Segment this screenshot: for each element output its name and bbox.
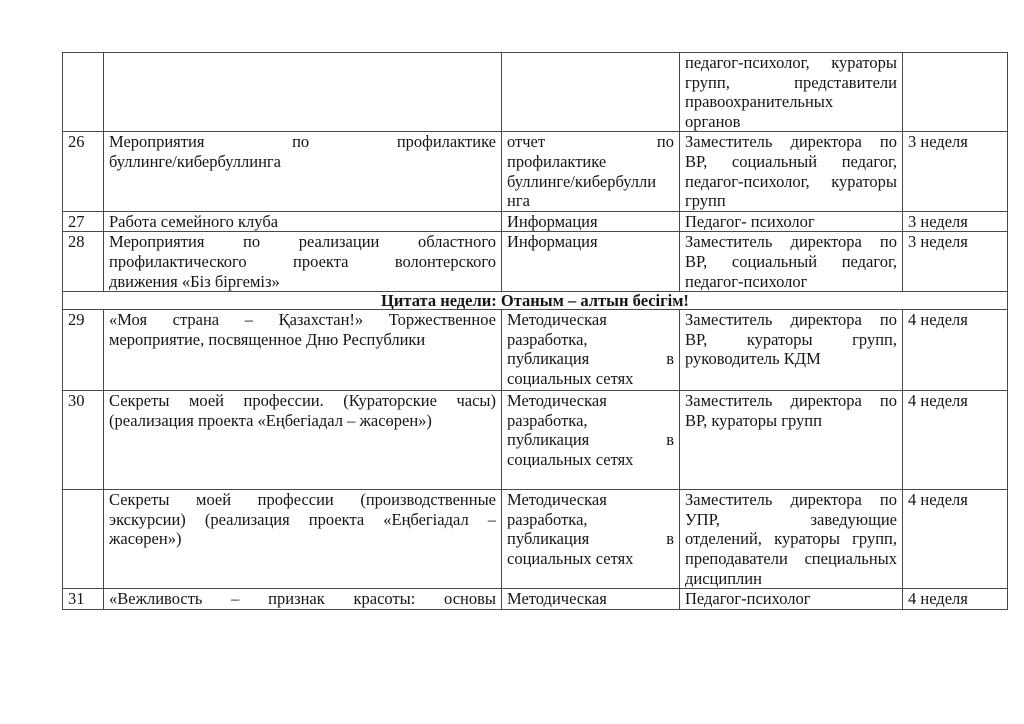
responsible-line: Педагог- психолог <box>685 212 897 232</box>
responsible-line: преподаватели специальных <box>685 549 897 569</box>
table-row: 31 «Вежливость – признак красоты: основы… <box>63 589 1008 610</box>
event-line: Секреты моей профессии. (Кураторские час… <box>109 391 496 411</box>
table-row: 30 Секреты моей профессии. (Кураторские … <box>63 391 1008 490</box>
form-line: социальных сетях <box>507 450 674 470</box>
row-number: 28 <box>63 232 104 292</box>
responsible-cell: Заместитель директора по ВР, кураторы гр… <box>680 310 903 391</box>
responsible-line: групп <box>685 191 897 211</box>
deadline-cell: 3 неделя <box>903 211 1008 232</box>
event-line: экскурсии) (реализация проекта «Еңбегіад… <box>109 510 496 530</box>
table-row: 26 Мероприятия по профилактике буллинге/… <box>63 132 1008 211</box>
deadline-cell: 4 неделя <box>903 310 1008 391</box>
form-line: Методическая <box>507 490 674 510</box>
responsible-line: Заместитель директора по <box>685 490 897 510</box>
form-line: социальных сетях <box>507 549 674 569</box>
responsible-cell: педагог-психолог, кураторы групп, предст… <box>680 53 903 132</box>
responsible-line: групп, представители <box>685 73 897 93</box>
deadline-cell: 4 неделя <box>903 589 1008 610</box>
form-line: публикация в <box>507 529 674 549</box>
form-line: Методическая <box>507 310 674 330</box>
event-cell: Работа семейного клуба <box>104 211 502 232</box>
event-line: «Вежливость – признак красоты: основы <box>109 589 496 609</box>
row-number: 26 <box>63 132 104 211</box>
event-line: профилактического проекта волонтерского <box>109 252 496 272</box>
row-number: 27 <box>63 211 104 232</box>
responsible-line: отделений, кураторы групп, <box>685 529 897 549</box>
responsible-line: правоохранительных <box>685 92 897 112</box>
event-line: жасөрен») <box>109 529 496 549</box>
form-line: Информация <box>507 212 674 232</box>
responsible-line: ВР, кураторы групп <box>685 411 897 431</box>
responsible-line: педагог-психолог <box>685 272 897 292</box>
form-line: профилактике <box>507 152 674 172</box>
quote-of-the-week-heading: Цитата недели: Отаным – алтын бесігім! <box>63 292 1008 310</box>
form-line: публикация в <box>507 349 674 369</box>
responsible-line: ВР, социальный педагог, <box>685 152 897 172</box>
form-line: Информация <box>507 232 674 252</box>
table-row: 29 «Моя страна – Қазахстан!» Торжественн… <box>63 310 1008 391</box>
row-number: 30 <box>63 391 104 490</box>
responsible-line: дисциплин <box>685 569 897 589</box>
responsible-line: УПР, заведующие <box>685 510 897 530</box>
form-line: Методическая <box>507 391 674 411</box>
row-number <box>63 53 104 132</box>
deadline-cell: 3 неделя <box>903 232 1008 292</box>
event-line: (реализация проекта «Еңбегіадал – жасөре… <box>109 411 496 431</box>
form-line: разработка, <box>507 330 674 350</box>
event-cell: Мероприятия по профилактике буллинге/киб… <box>104 132 502 211</box>
form-cell: отчет по профилактике буллинге/кибербулл… <box>502 132 680 211</box>
responsible-cell: Педагог-психолог <box>680 589 903 610</box>
event-cell: «Вежливость – признак красоты: основы <box>104 589 502 610</box>
form-line: социальных сетях <box>507 369 674 389</box>
deadline-cell: 4 неделя <box>903 490 1008 589</box>
form-cell: Информация <box>502 211 680 232</box>
event-line: буллинге/кибербуллинга <box>109 152 496 172</box>
document-page: педагог-психолог, кураторы групп, предст… <box>0 0 1024 724</box>
form-line: отчет по <box>507 132 674 152</box>
responsible-line: педагог-психолог, кураторы <box>685 53 897 73</box>
responsible-cell: Заместитель директора по ВР, кураторы гр… <box>680 391 903 490</box>
form-line: разработка, <box>507 411 674 431</box>
event-cell: Секреты моей профессии. (Кураторские час… <box>104 391 502 490</box>
event-line: движения «Біз біргеміз» <box>109 272 496 292</box>
form-cell: Методическая разработка, публикация в со… <box>502 310 680 391</box>
form-cell: Информация <box>502 232 680 292</box>
form-line: нга <box>507 191 674 211</box>
responsible-line: педагог-психолог, кураторы <box>685 172 897 192</box>
event-cell <box>104 53 502 132</box>
event-line: Работа семейного клуба <box>109 212 496 232</box>
row-number <box>63 490 104 589</box>
responsible-cell: Заместитель директора по ВР, социальный … <box>680 132 903 211</box>
form-cell <box>502 53 680 132</box>
form-line: разработка, <box>507 510 674 530</box>
section-heading-row: Цитата недели: Отаным – алтын бесігім! <box>63 292 1008 310</box>
event-line: «Моя страна – Қазахстан!» Торжественное <box>109 310 496 330</box>
form-line: публикация в <box>507 430 674 450</box>
deadline-cell: 4 неделя <box>903 391 1008 490</box>
responsible-line: Заместитель директора по <box>685 310 897 330</box>
row-number: 31 <box>63 589 104 610</box>
event-line: Секреты моей профессии (производственные <box>109 490 496 510</box>
event-line: мероприятие, посвященное Дню Республики <box>109 330 496 350</box>
row-number: 29 <box>63 310 104 391</box>
deadline-cell <box>903 53 1008 132</box>
events-plan-table: педагог-психолог, кураторы групп, предст… <box>62 52 1008 610</box>
responsible-line: Педагог-психолог <box>685 589 897 609</box>
event-line: Мероприятия по реализации областного <box>109 232 496 252</box>
form-cell: Методическая <box>502 589 680 610</box>
table-row: педагог-психолог, кураторы групп, предст… <box>63 53 1008 132</box>
table-row: 28 Мероприятия по реализации областного … <box>63 232 1008 292</box>
responsible-line: органов <box>685 112 897 132</box>
table-row: Секреты моей профессии (производственные… <box>63 490 1008 589</box>
form-line: Методическая <box>507 589 674 609</box>
event-cell: Мероприятия по реализации областного про… <box>104 232 502 292</box>
deadline-cell: 3 неделя <box>903 132 1008 211</box>
event-line: Мероприятия по профилактике <box>109 132 496 152</box>
responsible-line: ВР, социальный педагог, <box>685 252 897 272</box>
form-cell: Методическая разработка, публикация в со… <box>502 391 680 490</box>
responsible-line: Заместитель директора по <box>685 132 897 152</box>
responsible-line: Заместитель директора по <box>685 391 897 411</box>
responsible-line: ВР, кураторы групп, <box>685 330 897 350</box>
event-cell: Секреты моей профессии (производственные… <box>104 490 502 589</box>
table-row: 27 Работа семейного клуба Информация Пед… <box>63 211 1008 232</box>
responsible-cell: Заместитель директора по УПР, заведующие… <box>680 490 903 589</box>
responsible-cell: Заместитель директора по ВР, социальный … <box>680 232 903 292</box>
form-cell: Методическая разработка, публикация в со… <box>502 490 680 589</box>
responsible-line: Заместитель директора по <box>685 232 897 252</box>
responsible-line: руководитель КДМ <box>685 349 897 369</box>
responsible-cell: Педагог- психолог <box>680 211 903 232</box>
form-line: буллинге/кибербулли <box>507 172 674 192</box>
event-cell: «Моя страна – Қазахстан!» Торжественное … <box>104 310 502 391</box>
